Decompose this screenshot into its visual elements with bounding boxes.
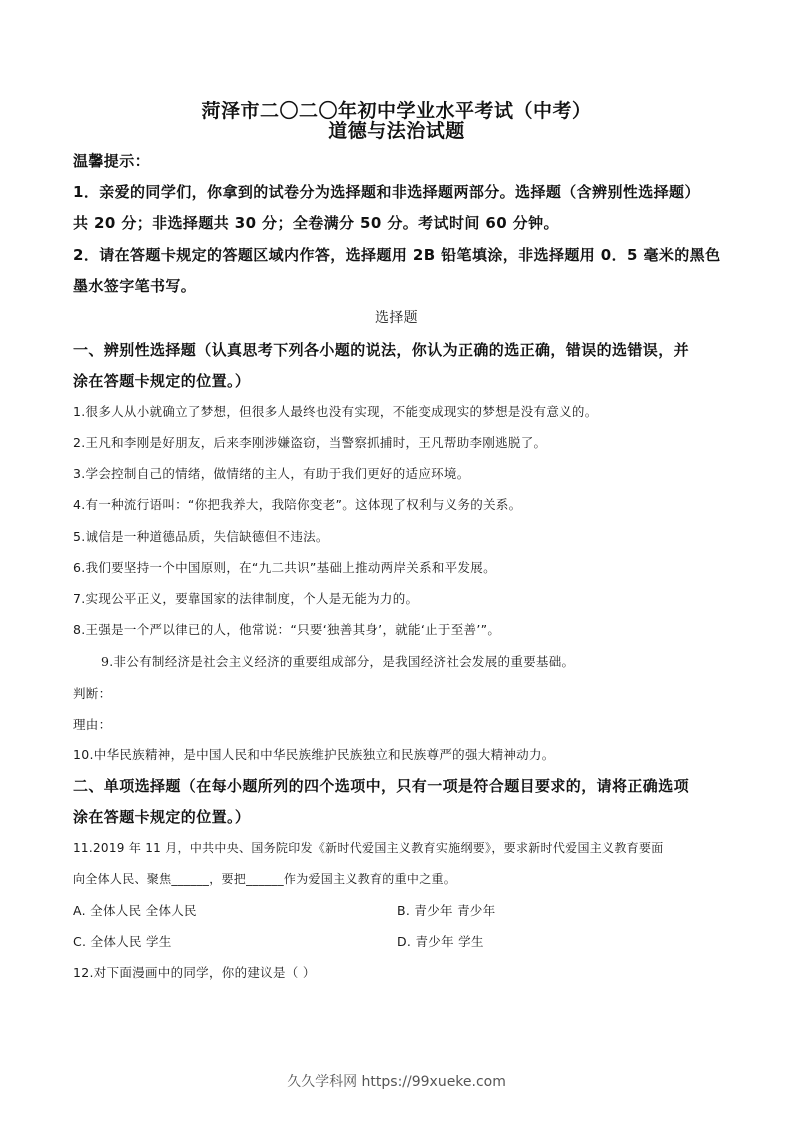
question-4: 4.有一种流行语叫：“你把我养大，我陪你变老”。这体现了权利与义务的关系。	[73, 495, 521, 513]
notice-item-1-line-2: 共 20 分；非选择题共 30 分；全卷满分 50 分。考试时间 60 分钟。	[73, 212, 559, 233]
notice-item-2-line-2: 墨水签字笔书写。	[73, 275, 196, 296]
question-9: 9.非公有制经济是社会主义经济的重要组成部分，是我国经济社会发展的重要基础。	[101, 652, 574, 670]
question-12: 12.对下面漫画中的同学，你的建议是（ ）	[73, 963, 316, 981]
footer-watermark: 久久学科网 https://99xueke.com	[0, 1071, 793, 1091]
part1-heading-line-1: 一、辨别性选择题（认真思考下列各小题的说法，你认为正确的选正确，错误的选错误，并	[73, 339, 689, 360]
question-8: 8.王强是一个严以律已的人，他常说：“只要‘独善其身’，就能‘止于至善’”。	[73, 620, 500, 638]
exam-page: 菏泽市二〇二〇年初中学业水平考试（中考） 道德与法治试题 温馨提示： 1．亲爱的…	[0, 0, 793, 1122]
question-7: 7.实现公平正义，要靠国家的法律制度，个人是无能为力的。	[73, 589, 418, 607]
notice-heading: 温馨提示：	[73, 150, 150, 171]
question-11-line-2: 向全体人民、聚焦______，要把______作为爱国主义教育的重中之重。	[73, 870, 456, 887]
option-a: A. 全体人民 全体人民	[73, 901, 197, 919]
part1-heading-line-2: 涂在答题卡规定的位置。）	[73, 370, 250, 391]
option-d: D. 青少年 学生	[397, 932, 484, 950]
notice-item-2-line-1: 2．请在答题卡规定的答题区域内作答，选择题用 2B 铅笔填涂，非选择题用 0．5…	[73, 244, 720, 265]
question-1: 1.很多人从小就确立了梦想，但很多人最终也没有实现，不能变成现实的梦想是没有意义…	[73, 402, 598, 420]
question-2: 2.王凡和李刚是好朋友，后来李刚涉嫌盗窃，当警察抓捕时，王凡帮助李刚逃脱了。	[73, 433, 546, 451]
judgment-label: 判断：	[73, 684, 111, 702]
question-11-line-1: 11.2019 年 11 月，中共中央、国务院印发《新时代爱国主义教育实施纲要》…	[73, 839, 664, 856]
option-b: B. 青少年 青少年	[397, 901, 496, 919]
question-6: 6.我们要坚持一个中国原则，在“九二共识”基础上推动两岸关系和平发展。	[73, 558, 496, 576]
question-5: 5.诚信是一种道德品质，失信缺德但不违法。	[73, 527, 329, 545]
question-3: 3.学会控制自己的情绪，做情绪的主人，有助于我们更好的适应环境。	[73, 464, 470, 482]
reason-label: 理由：	[73, 715, 111, 733]
part2-heading-line-1: 二、单项选择题（在每小题所列的四个选项中，只有一项是符合题目要求的，请将正确选项	[73, 775, 689, 796]
section-label: 选择题	[0, 307, 793, 327]
option-c: C. 全体人民 学生	[73, 932, 172, 950]
notice-item-1-line-1: 1．亲爱的同学们，你拿到的试卷分为选择题和非选择题两部分。选择题（含辨别性选择题…	[73, 181, 700, 202]
part2-heading-line-2: 涂在答题卡规定的位置。）	[73, 806, 250, 827]
exam-subtitle: 道德与法治试题	[0, 116, 793, 143]
question-10: 10.中华民族精神，是中国人民和中华民族维护民族独立和民族尊严的强大精神动力。	[73, 745, 555, 763]
